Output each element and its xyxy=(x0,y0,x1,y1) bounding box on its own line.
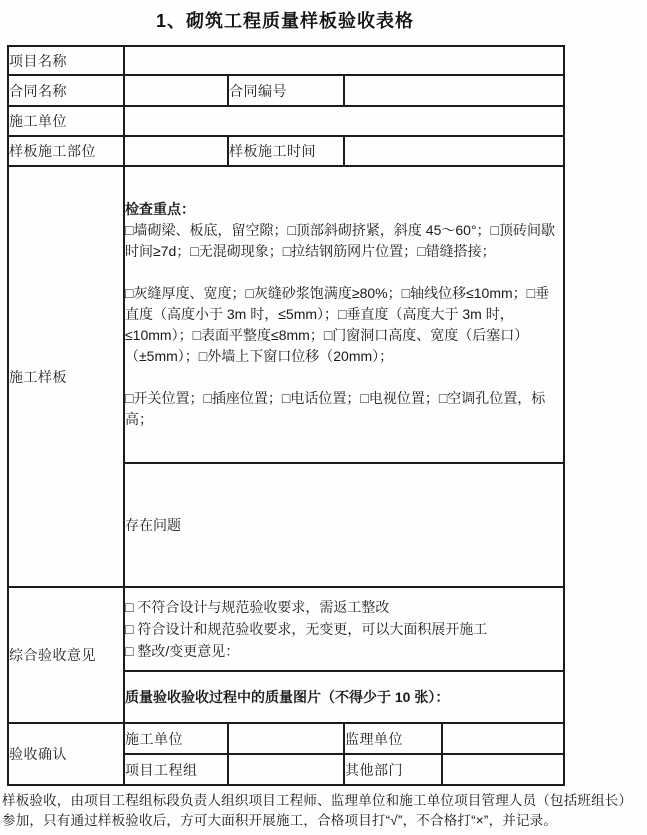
construction-unit-field[interactable] xyxy=(124,106,564,136)
table-row: 验收确认 施工单位 监理单位 xyxy=(8,723,564,754)
construction-unit-label: 施工单位 xyxy=(8,106,124,136)
inspection-focus-cell: 检查重点： □墙砌梁、板底，留空隙；□顶部斜砌挤紧，斜度 45～60°；□顶砖间… xyxy=(124,166,564,463)
construction-sample-label: 施工样板 xyxy=(8,166,124,587)
sample-part-label: 样板施工部位 xyxy=(8,136,124,166)
footer-note: 样板验收，由项目工程组标段负责人组织项目工程师、监理单位和施工单位项目管理人员（… xyxy=(2,791,645,831)
sample-part-field[interactable] xyxy=(124,136,228,166)
problems-cell[interactable]: 存在问题 xyxy=(124,463,564,587)
quality-photos-note: 质量验收验收过程中的质量图片（不得少于 10 张）： xyxy=(125,689,449,705)
contract-name-field[interactable] xyxy=(124,75,228,106)
contract-no-field[interactable] xyxy=(344,75,564,106)
inspection-paragraph-3: □开关位置；□插座位置；□电话位置；□电视位置；□空调孔位置，标高； xyxy=(125,388,563,430)
contract-name-label: 合同名称 xyxy=(8,75,124,106)
acceptance-form-table: 项目名称 合同名称 合同编号 施工单位 样板施工部位 样板施工时间 施工样板 检… xyxy=(7,45,565,786)
inspection-heading: 检查重点： xyxy=(125,199,563,220)
opinion-option-pass[interactable]: □ 符合设计和规范验收要求，无变更，可以大面积展开施工 xyxy=(125,618,563,640)
confirm-project-group-field[interactable] xyxy=(228,754,344,785)
contract-no-label: 合同编号 xyxy=(228,75,344,106)
project-name-label: 项目名称 xyxy=(8,46,124,75)
acceptance-confirm-label: 验收确认 xyxy=(8,723,124,785)
opinion-options-cell: □ 不符合设计与规范验收要求，需返工整改 □ 符合设计和规范验收要求，无变更，可… xyxy=(124,587,564,671)
confirm-construction-unit-field[interactable] xyxy=(228,723,344,754)
table-row: 施工单位 xyxy=(8,106,564,136)
overall-opinion-label: 综合验收意见 xyxy=(8,587,124,723)
confirm-project-group-label: 项目工程组 xyxy=(124,754,228,785)
table-row: 样板施工部位 样板施工时间 xyxy=(8,136,564,166)
confirm-supervision-unit-field[interactable] xyxy=(442,723,564,754)
sample-time-field[interactable] xyxy=(344,136,564,166)
quality-photos-note-cell: 质量验收验收过程中的质量图片（不得少于 10 张）： xyxy=(124,671,564,723)
inspection-paragraph-1: □墙砌梁、板底，留空隙；□顶部斜砌挤紧，斜度 45～60°；□顶砖间歇时间≥7d… xyxy=(125,220,563,262)
table-row: 施工样板 检查重点： □墙砌梁、板底，留空隙；□顶部斜砌挤紧，斜度 45～60°… xyxy=(8,166,564,463)
opinion-option-change[interactable]: □ 整改/变更意见： xyxy=(125,640,563,662)
opinion-option-rework[interactable]: □ 不符合设计与规范验收要求，需返工整改 xyxy=(125,596,563,618)
project-name-field[interactable] xyxy=(124,46,564,75)
problems-label: 存在问题 xyxy=(125,517,181,533)
confirm-other-dept-field[interactable] xyxy=(442,754,564,785)
table-row: 合同名称 合同编号 xyxy=(8,75,564,106)
sample-time-label: 样板施工时间 xyxy=(228,136,344,166)
inspection-paragraph-2: □灰缝厚度、宽度；□灰缝砂浆饱满度≥80%；□轴线位移≤10mm；□垂直度（高度… xyxy=(125,283,563,367)
confirm-supervision-unit-label: 监理单位 xyxy=(344,723,442,754)
table-row: 项目名称 xyxy=(8,46,564,75)
table-row: 综合验收意见 □ 不符合设计与规范验收要求，需返工整改 □ 符合设计和规范验收要… xyxy=(8,587,564,671)
page-title: 1、砌筑工程质量样板验收表格 xyxy=(0,0,570,33)
confirm-construction-unit-label: 施工单位 xyxy=(124,723,228,754)
confirm-other-dept-label: 其他部门 xyxy=(344,754,442,785)
document-page: 1、砌筑工程质量样板验收表格 项目名称 合同名称 合同编号 施工单位 样板施工部… xyxy=(0,0,647,835)
